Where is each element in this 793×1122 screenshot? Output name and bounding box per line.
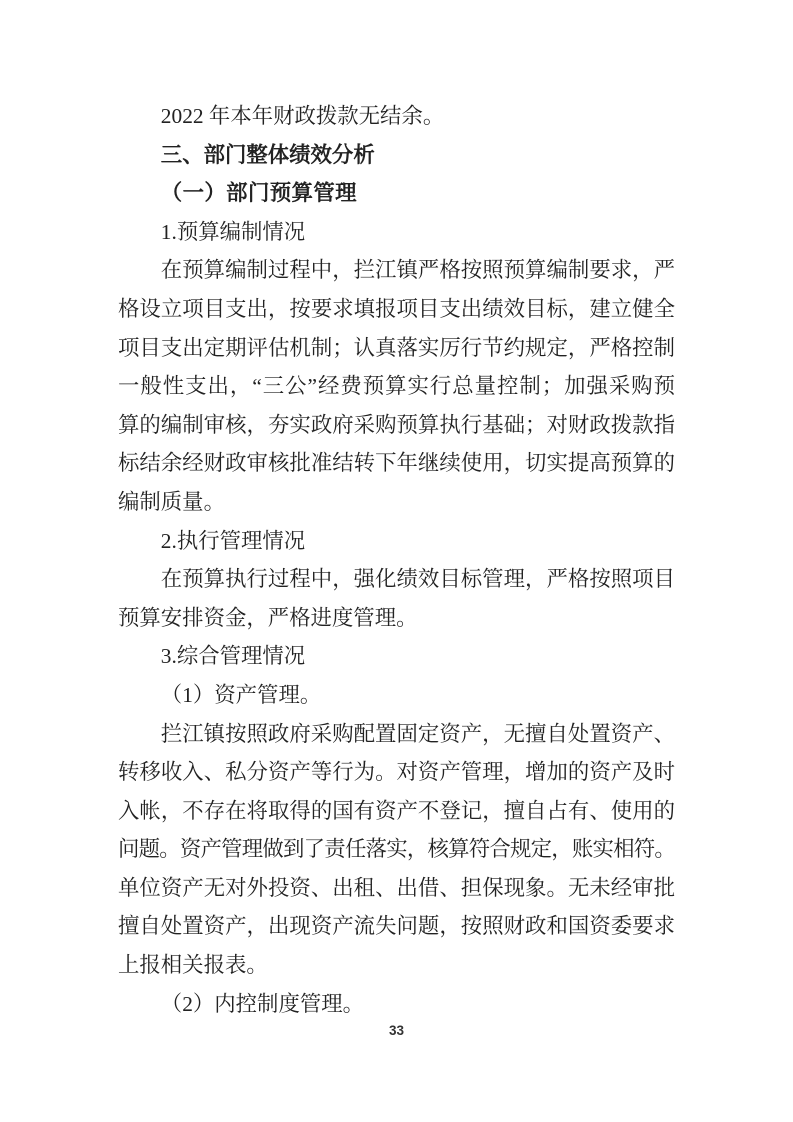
document-page: 2022 年本年财政拨款无结余。 三、部门整体绩效分析 （一）部门预算管理 1.…: [0, 0, 793, 1122]
numbered-heading-2: 2.执行管理情况: [118, 522, 675, 561]
body-line: 上报相关报表。: [118, 946, 675, 985]
body-line: 问题。资产管理做到了责任落实，核算符合规定，账实相符。: [118, 830, 675, 869]
body-line: 项目支出定期评估机制；认真落实厉行节约规定，严格控制: [118, 329, 675, 368]
body-line: 拦江镇按照政府采购配置固定资产，无擅自处置资产、: [118, 715, 675, 754]
body-line: 标结余经财政审核批准结转下年继续使用，切实提高预算的: [118, 444, 675, 483]
closing-paragraph-line: 2022 年本年财政拨款无结余。: [118, 97, 675, 136]
body-line: 擅自处置资产，出现资产流失问题，按照财政和国资委要求: [118, 907, 675, 946]
numbered-heading-3: 3.综合管理情况: [118, 637, 675, 676]
body-line: 算的编制审核，夯实政府采购预算执行基础；对财政拨款指: [118, 406, 675, 445]
body-line: 转移收入、私分资产等行为。对资产管理，增加的资产及时: [118, 753, 675, 792]
item-heading-1: （1）资产管理。: [118, 676, 675, 715]
numbered-heading-1: 1.预算编制情况: [118, 213, 675, 252]
body-line: 一般性支出，“三公”经费预算实行总量控制；加强采购预: [118, 367, 675, 406]
body-line: 预算安排资金，严格进度管理。: [118, 599, 675, 638]
body-line: 在预算编制过程中，拦江镇严格按照预算编制要求，严: [118, 251, 675, 290]
body-line: 在预算执行过程中，强化绩效目标管理，严格按照项目: [118, 560, 675, 599]
body-line: 编制质量。: [118, 483, 675, 522]
item-heading-2: （2）内控制度管理。: [118, 985, 675, 1024]
page-number: 33: [0, 1023, 793, 1038]
body-line: 单位资产无对外投资、出租、出借、担保现象。无未经审批: [118, 869, 675, 908]
section-heading: 三、部门整体绩效分析: [118, 136, 675, 175]
document-body: 2022 年本年财政拨款无结余。 三、部门整体绩效分析 （一）部门预算管理 1.…: [118, 97, 675, 1023]
body-line: 格设立项目支出，按要求填报项目支出绩效目标，建立健全: [118, 290, 675, 329]
body-line: 入帐，不存在将取得的国有资产不登记，擅自占有、使用的: [118, 792, 675, 831]
subsection-heading: （一）部门预算管理: [118, 174, 675, 213]
